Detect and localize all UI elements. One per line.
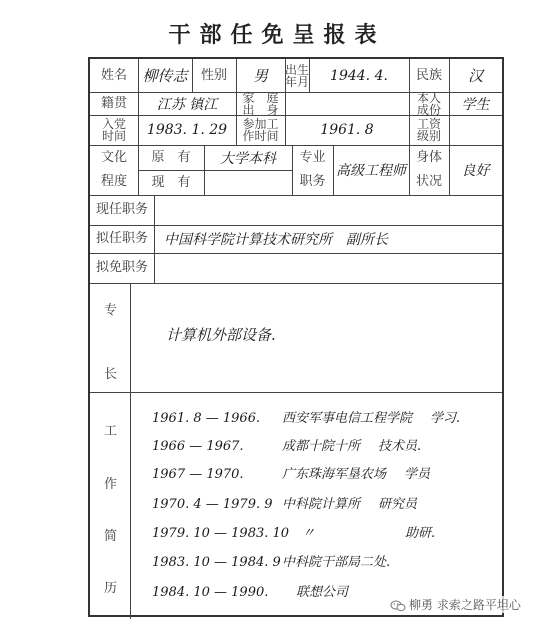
work-history-entry: 1961. 8 — 1966.西安军事电信工程学院学习. — [152, 407, 460, 426]
work-history-org: 中科院计算所 — [282, 493, 360, 512]
family-origin-label-line2: 出 身 — [242, 104, 278, 116]
specialty-label-char-1: 专 — [104, 299, 117, 318]
health-label: 身体 状况 — [409, 145, 449, 195]
family-origin-value — [285, 92, 409, 115]
personal-status-label-line2: 成份 — [417, 104, 441, 116]
party-join-value: 1983. 1. 29 — [138, 115, 236, 145]
work-history-entry: 1970. 4 — 1979. 9中科院计算所研究员 — [152, 493, 417, 512]
proposed-position-value: 中国科学院计算技术研究所 副所长 — [154, 225, 502, 253]
work-history-period: 1983. 10 — 1984. 9 — [152, 555, 282, 570]
work-start-value: 1961. 8 — [285, 115, 409, 145]
birth-value: 1944. 4. — [309, 59, 409, 92]
health-label-line2: 状况 — [416, 170, 442, 194]
proposed-removal-label: 拟免职务 — [90, 253, 154, 283]
education-current-label: 现 有 — [138, 170, 204, 195]
work-start-label: 参加工 作时间 — [236, 115, 285, 145]
work-history-role: 学员 — [404, 463, 430, 482]
work-history-label-char-4: 历 — [104, 577, 117, 596]
education-original-label: 原 有 — [138, 145, 204, 170]
personal-status-label-line1: 本人 — [417, 92, 441, 104]
specialty-label-char-2: 长 — [104, 363, 117, 382]
birth-label: 出生 年月 — [285, 59, 309, 92]
work-history-entry: 1967 — 1970.广东珠海军垦农场学员 — [152, 463, 430, 482]
work-history-role: 研究员 — [378, 493, 417, 512]
current-position-label: 现任职务 — [90, 195, 154, 225]
personal-status-value: 学生 — [449, 92, 502, 115]
salary-grade-value — [449, 115, 502, 145]
work-history-role: 助研. — [405, 522, 435, 541]
name-value: 柳传志 — [138, 59, 192, 92]
watermark: 柳勇 求索之路平坦心 — [388, 596, 523, 613]
professional-title-label: 专业 职务 — [292, 145, 333, 195]
birth-label-line1: 出生 — [285, 64, 309, 76]
work-history-entry: 1984. 10 — 1990.联想公司 — [152, 581, 366, 600]
work-history-role: 学习. — [430, 407, 460, 426]
work-history-period: 1961. 8 — 1966. — [152, 411, 282, 426]
salary-grade-label: 工资 级别 — [409, 115, 449, 145]
birth-label-line2: 年月 — [285, 76, 309, 88]
professional-title-label-line1: 专业 — [299, 146, 325, 170]
current-position-value — [154, 195, 502, 225]
gender-value: 男 — [236, 59, 285, 92]
health-label-line1: 身体 — [416, 146, 442, 170]
education-original-value: 大学本科 — [204, 145, 292, 170]
name-label: 姓名 — [90, 59, 138, 92]
watermark-text: 柳勇 求索之路平坦心 — [409, 598, 521, 612]
education-current-value — [204, 170, 292, 195]
work-history-period: 1979. 10 — 1983. 10 — [152, 526, 282, 541]
family-origin-label: 家 庭 出 身 — [236, 92, 285, 115]
native-place-label: 籍贯 — [90, 92, 138, 115]
education-label-line1: 文化 — [101, 146, 127, 170]
work-history-entry: 1983. 10 — 1984. 9中科院干部局二处. — [152, 551, 408, 570]
appointment-form: 姓名 柳传志 性别 男 出生 年月 1944. 4. 民族 汉 籍贯 江苏 镇江… — [88, 57, 504, 617]
work-history-period: 1967 — 1970. — [152, 467, 282, 482]
ethnicity-label: 民族 — [409, 59, 449, 92]
work-history-entry: 1979. 10 — 1983. 10〃助研. — [152, 522, 435, 541]
wechat-icon — [390, 600, 406, 612]
party-join-label-line2: 时间 — [102, 130, 126, 142]
professional-title-value: 高级工程师 — [333, 145, 409, 195]
work-history-org: 广东珠海军垦农场 — [282, 463, 386, 482]
work-history-org: 〃 — [302, 522, 315, 541]
family-origin-label-line1: 家 庭 — [242, 92, 278, 104]
work-start-label-line2: 作时间 — [242, 130, 278, 142]
education-label: 文化 程度 — [90, 145, 138, 195]
work-history-label-char-2: 作 — [104, 473, 117, 492]
health-value: 良好 — [449, 145, 502, 195]
proposed-position-label: 拟任职务 — [90, 225, 154, 253]
work-history-period: 1984. 10 — 1990. — [152, 585, 282, 600]
proposed-removal-value — [154, 253, 502, 283]
row-divider — [90, 392, 502, 393]
work-history-org: 西安军事电信工程学院 — [282, 407, 412, 426]
professional-title-label-line2: 职务 — [299, 170, 325, 194]
native-place-value: 江苏 镇江 — [138, 92, 236, 115]
gender-label: 性别 — [192, 59, 236, 92]
work-history-label-char-1: 工 — [104, 420, 117, 439]
salary-grade-label-line2: 级别 — [417, 130, 441, 142]
work-history-entry: 1966 — 1967.成都十院十所技术员. — [152, 435, 421, 454]
personal-status-label: 本人 成份 — [409, 92, 449, 115]
education-label-line2: 程度 — [101, 170, 127, 194]
work-history-org: 中科院干部局二处. — [282, 551, 390, 570]
specialty-value: 计算机外部设备. — [130, 283, 502, 392]
party-join-label: 入党 时间 — [90, 115, 138, 145]
work-history-period: 1966 — 1967. — [152, 439, 282, 454]
form-title: 干部任免呈报表 — [0, 18, 554, 49]
work-history-role: 技术员. — [378, 435, 421, 454]
work-history-org: 联想公司 — [296, 581, 348, 600]
ethnicity-value: 汉 — [449, 59, 502, 92]
work-history-period: 1970. 4 — 1979. 9 — [152, 497, 282, 512]
work-history-label-char-3: 简 — [104, 525, 117, 544]
work-history-org: 成都十院十所 — [282, 435, 360, 454]
